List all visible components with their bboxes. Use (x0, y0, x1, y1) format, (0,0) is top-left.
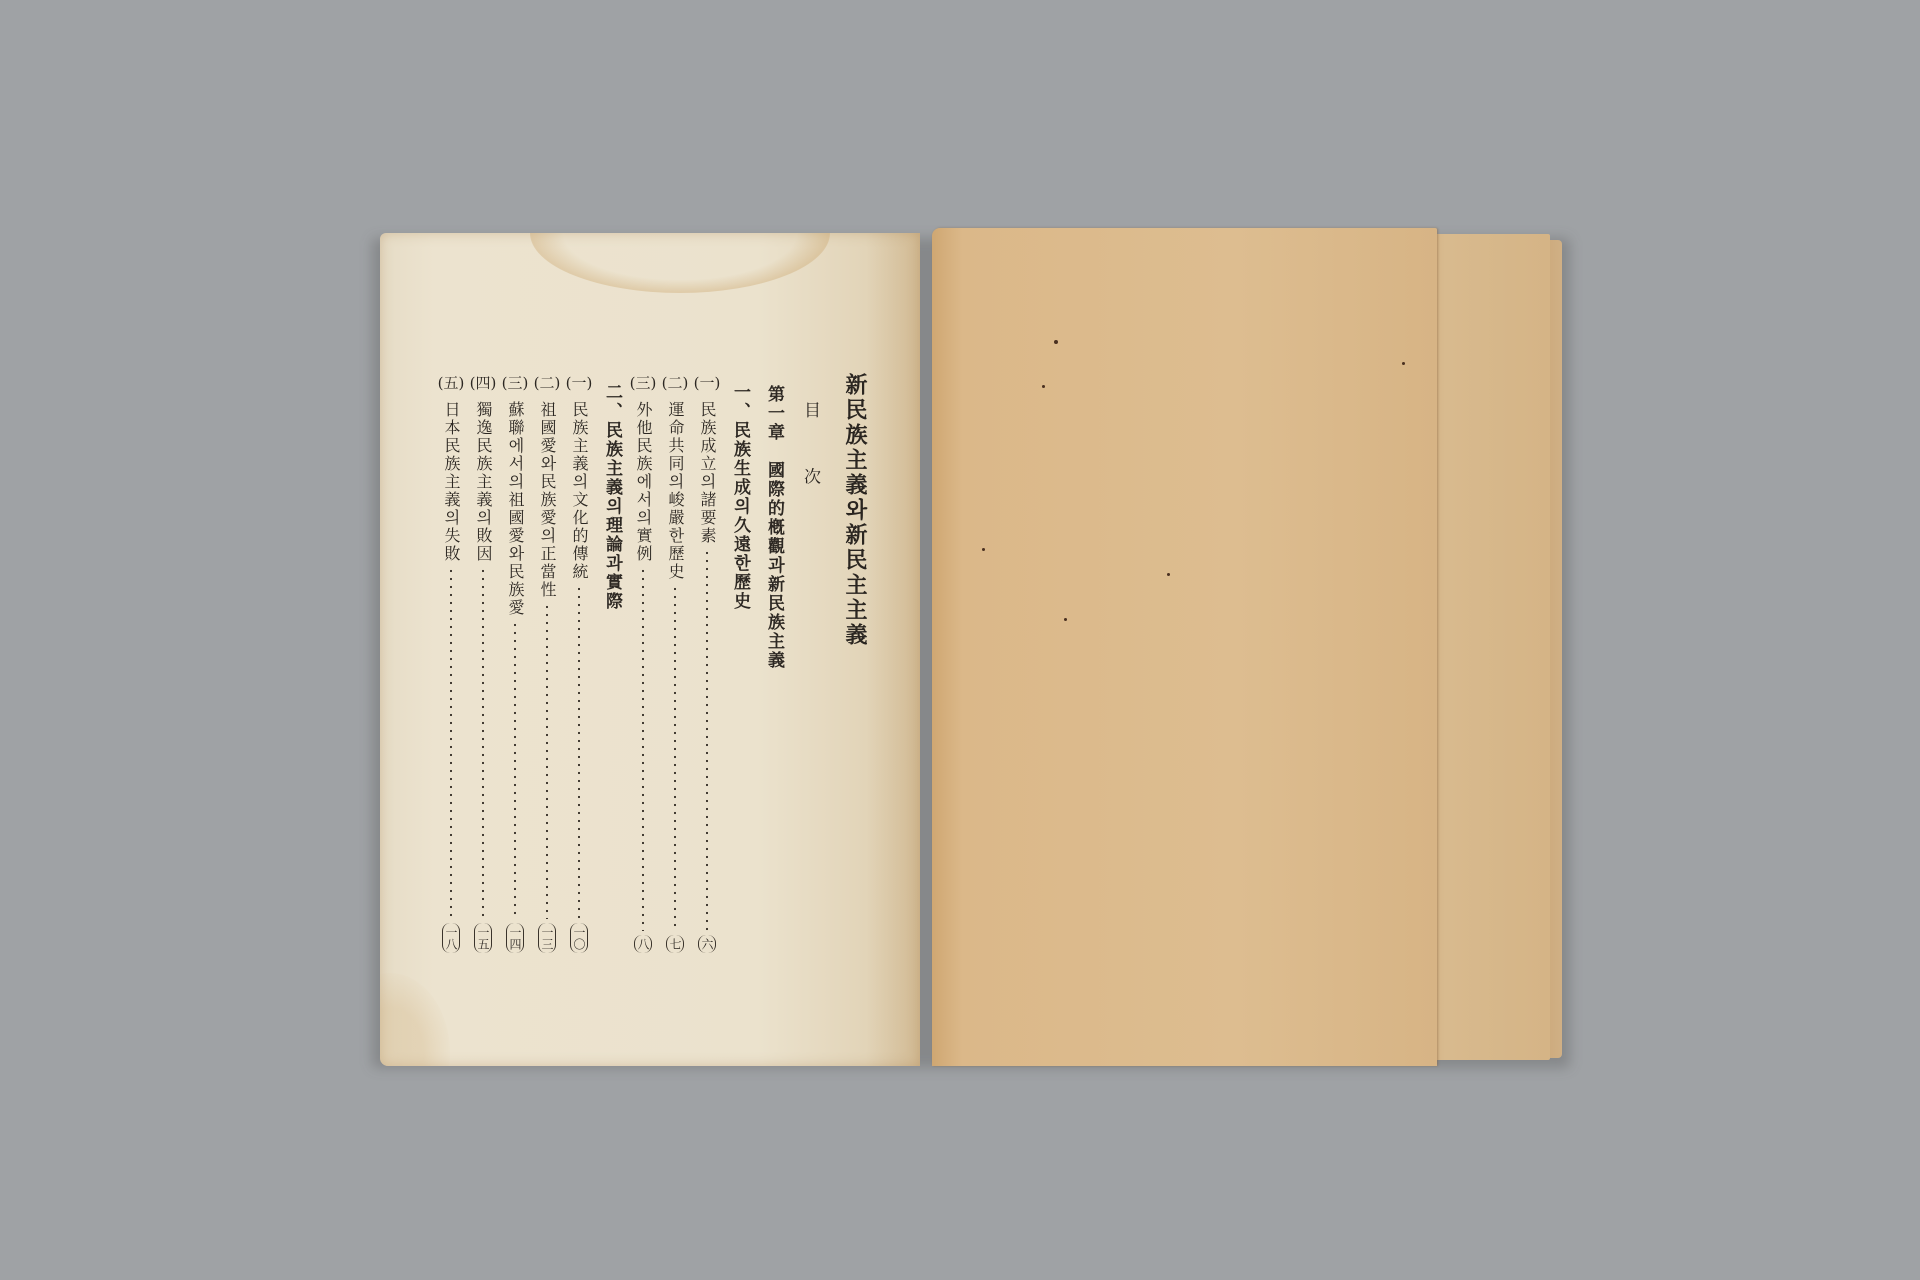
dot-leader (706, 549, 708, 931)
entry-title: 民族主義의文化的傳統 (566, 401, 592, 581)
entry-number: (三) (502, 373, 529, 393)
dot-leader (642, 567, 644, 931)
entry-number: (五) (438, 373, 465, 393)
entry-page: 一三 (538, 923, 556, 953)
part-heading: 二、民族主義의理論과實際 (598, 373, 626, 953)
dot-leader (514, 621, 516, 919)
entry-title: 蘇聯에서의祖國愛와民族愛 (502, 401, 528, 617)
toc-entry: (二) 運命共同의峻嚴한歷史 七 (660, 373, 690, 953)
entry-page: 一〇 (570, 923, 588, 953)
toc-entry: (一) 民族主義의文化的傳統 一〇 (564, 373, 594, 953)
paper-fleck (1042, 385, 1045, 388)
entry-page: 一八 (442, 923, 460, 953)
entry-page: 八 (634, 935, 652, 953)
dot-leader (546, 603, 548, 919)
toc-entry: (二) 祖國愛와民族愛의正當性 一三 (532, 373, 562, 953)
paper-fleck (1054, 340, 1058, 344)
entry-title: 獨逸民族主義의敗因 (470, 401, 496, 563)
entry-number: (三) (630, 373, 657, 393)
toc-entry: (三) 外他民族에서의實例 八 (628, 373, 658, 953)
water-stain (530, 233, 830, 293)
paper-fleck (1064, 618, 1067, 621)
entry-title: 民族成立의諸要素 (694, 401, 720, 545)
entry-number: (二) (662, 373, 689, 393)
paper-fleck (1402, 362, 1405, 365)
table-of-contents: 新民族主義와新民主主義 目 次 第一章 國際的槪觀과新民族主義 一、民族生成의久… (434, 373, 872, 953)
toc-entry: (一) 民族成立의諸要素 六 (692, 373, 722, 953)
chapter-heading: 第一章 國際的槪觀과新民族主義 (760, 373, 788, 953)
dot-leader (578, 585, 580, 919)
entry-number: (一) (566, 373, 593, 393)
toc-entry: (五) 日本民族主義의失敗 一八 (436, 373, 466, 953)
entry-page: 一四 (506, 923, 524, 953)
entry-title: 運命共同의峻嚴한歷史 (662, 401, 688, 581)
contents-heading: 目 次 (796, 373, 824, 953)
entry-number: (二) (534, 373, 561, 393)
dot-leader (482, 567, 484, 919)
dot-leader (674, 585, 676, 931)
entry-title: 外他民族에서의實例 (630, 401, 656, 563)
water-stain (380, 973, 450, 1066)
entry-page: 七 (666, 935, 684, 953)
entry-number: (一) (694, 373, 721, 393)
entry-number: (四) (470, 373, 497, 393)
paper-fleck (982, 548, 985, 551)
right-blank-page (932, 228, 1437, 1066)
entry-title: 日本民族主義의失敗 (438, 401, 464, 563)
entry-page: 六 (698, 935, 716, 953)
paper-fleck (1167, 573, 1170, 576)
part-heading: 一、民族生成의久遠한歷史 (726, 373, 754, 953)
book-title: 新民族主義와新民主主義 (838, 373, 872, 953)
toc-entry: (三) 蘇聯에서의祖國愛와民族愛 一四 (500, 373, 530, 953)
entry-title: 祖國愛와民族愛의正當性 (534, 401, 560, 599)
left-page-table-of-contents: 新民族主義와新民主主義 目 次 第一章 國際的槪觀과新民族主義 一、民族生成의久… (380, 233, 920, 1066)
dot-leader (450, 567, 452, 919)
toc-entry: (四) 獨逸民族主義의敗因 一五 (468, 373, 498, 953)
entry-page: 一五 (474, 923, 492, 953)
